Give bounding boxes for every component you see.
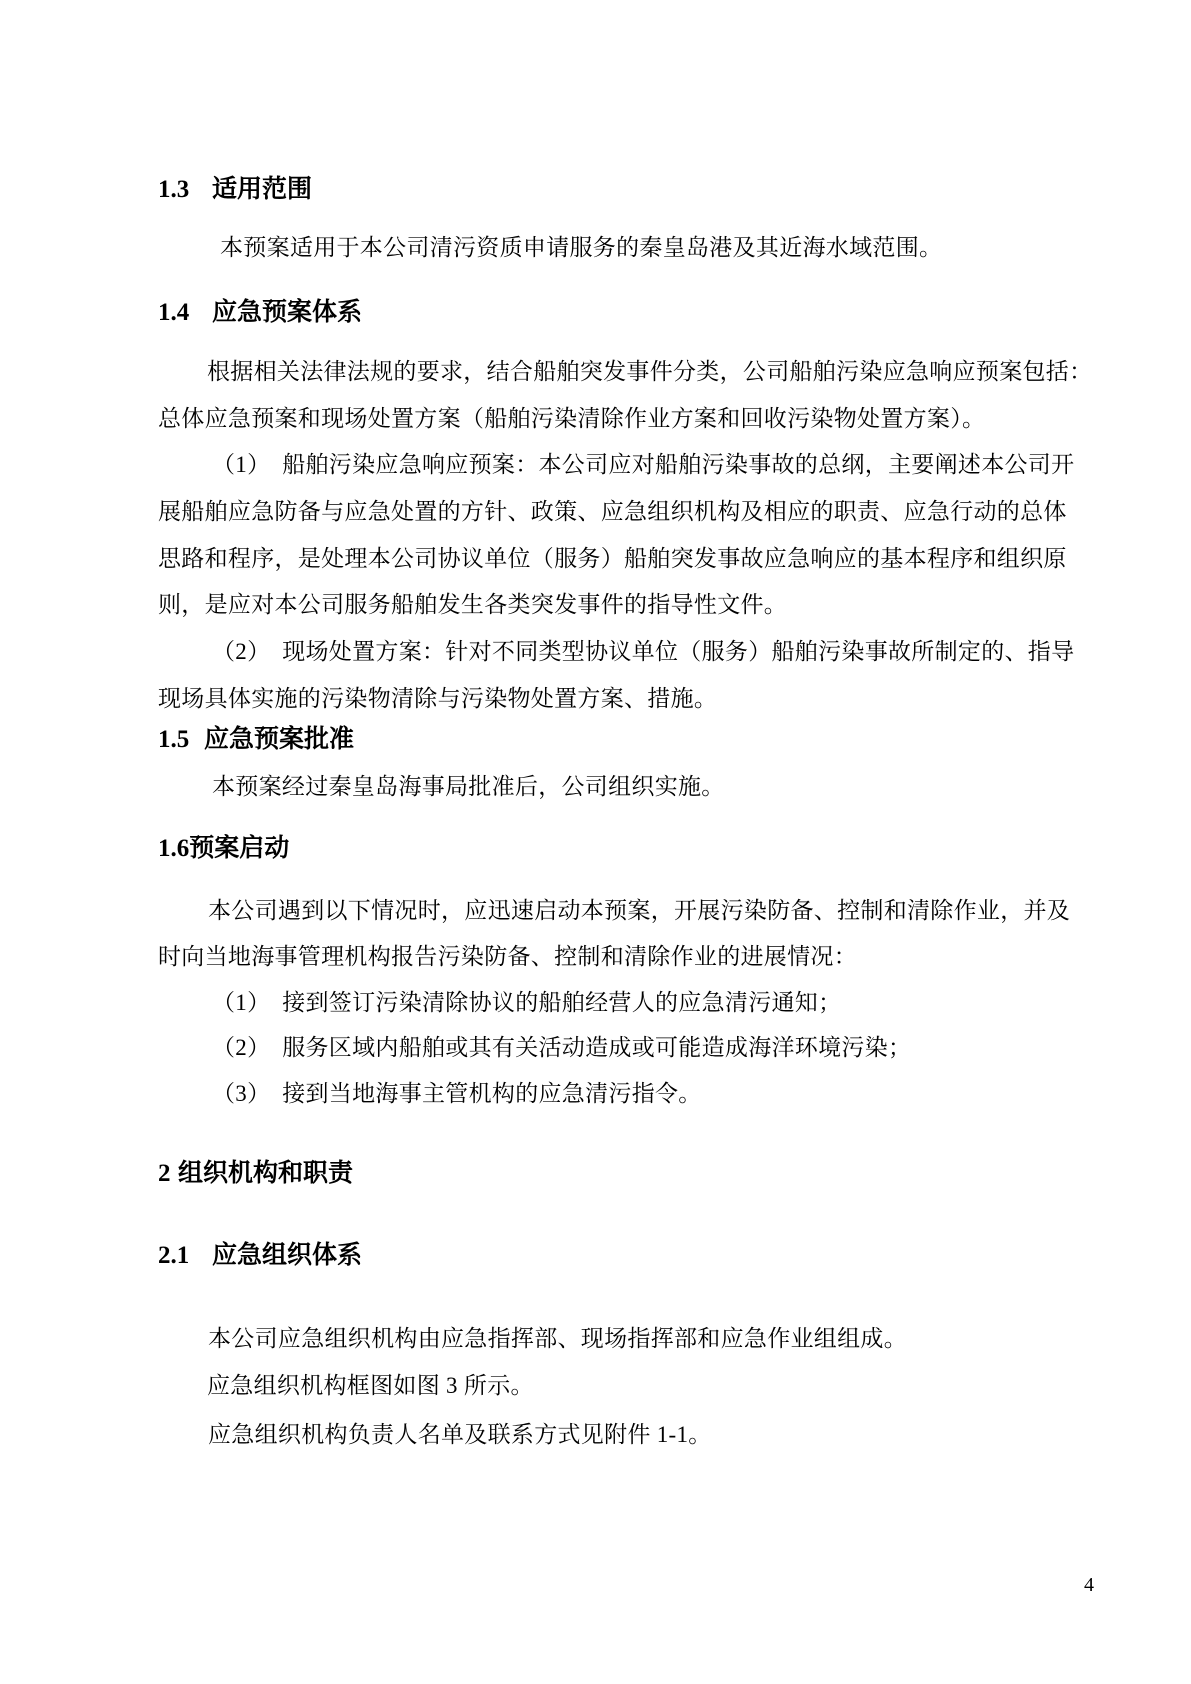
heading-2-title: 组织机构和职责 xyxy=(178,1159,353,1188)
paragraph-activation-line: 时向当地海事管理机构报告污染防备、控制和清除作业的进展情况： xyxy=(158,943,857,970)
document-page: 1.3 适用范围 本预案适用于本公司清污资质申请服务的秦皇岛港及其近海水域范围。… xyxy=(0,0,1191,1684)
heading-1-5-title: 应急预案批准 xyxy=(204,725,354,754)
heading-1-3: 1.3 适用范围 xyxy=(158,175,312,204)
heading-1-5: 1.5 应急预案批准 xyxy=(158,725,354,754)
heading-2-number: 2 xyxy=(158,1159,178,1188)
list-item-3: （3） 接到当地海事主管机构的应急清污指令。 xyxy=(212,1080,702,1107)
heading-1-3-number: 1.3 xyxy=(158,175,212,204)
paragraph-scope: 本预案适用于本公司清污资质申请服务的秦皇岛港及其近海水域范围。 xyxy=(220,234,942,261)
heading-1-4-title: 应急预案体系 xyxy=(212,298,362,327)
paragraph-system-line: 现场具体实施的污染物清除与污染物处置方案、措施。 xyxy=(158,685,717,712)
paragraph-org-line: 应急组织机构框图如图 3 所示。 xyxy=(207,1372,534,1399)
list-item-1: （1） 接到签订污染清除协议的船舶经营人的应急清污通知； xyxy=(212,989,841,1016)
heading-2: 2 组织机构和职责 xyxy=(158,1159,353,1188)
paragraph-system-line: （1） 船舶污染应急响应预案：本公司应对船舶污染事故的总纲，主要阐述本公司开 xyxy=(212,451,1074,478)
heading-2-1: 2.1 应急组织体系 xyxy=(158,1241,362,1270)
paragraph-system-line: （2） 现场处置方案：针对不同类型协议单位（服务）船舶污染事故所制定的、指导 xyxy=(212,638,1074,665)
heading-1-4-number: 1.4 xyxy=(158,298,212,327)
paragraph-org-line: 应急组织机构负责人名单及联系方式见附件 1-1。 xyxy=(208,1421,712,1448)
paragraph-org-line: 本公司应急组织机构由应急指挥部、现场指挥部和应急作业组组成。 xyxy=(208,1325,907,1352)
paragraph-approval: 本预案经过秦皇岛海事局批准后，公司组织实施。 xyxy=(212,773,725,800)
heading-1-6-title: 预案启动 xyxy=(189,834,289,863)
paragraph-activation-line: 本公司遇到以下情况时，应迅速启动本预案，开展污染防备、控制和清除作业，并及 xyxy=(208,897,1070,924)
paragraph-system-line: 思路和程序，是处理本公司协议单位（服务）船舶突发事故应急响应的基本程序和组织原 xyxy=(158,545,1067,572)
heading-2-1-number: 2.1 xyxy=(158,1241,212,1270)
heading-2-1-title: 应急组织体系 xyxy=(212,1241,362,1270)
heading-1-5-number: 1.5 xyxy=(158,725,204,754)
paragraph-system-line: 则，是应对本公司服务船舶发生各类突发事件的指导性文件。 xyxy=(158,591,787,618)
list-item-2: （2） 服务区域内船舶或其有关活动造成或可能造成海洋环境污染； xyxy=(212,1034,911,1061)
heading-1-3-title: 适用范围 xyxy=(212,175,312,204)
paragraph-system-line: 展船舶应急防备与应急处置的方针、政策、应急组织机构及相应的职责、应急行动的总体 xyxy=(158,498,1067,525)
paragraph-system-line: 总体应急预案和现场处置方案（船舶污染清除作业方案和回收污染物处置方案）。 xyxy=(158,405,985,432)
heading-1-4: 1.4 应急预案体系 xyxy=(158,298,362,327)
page-number: 4 xyxy=(1084,1573,1094,1597)
heading-1-6: 1.6 预案启动 xyxy=(158,834,289,863)
paragraph-system-line: 根据相关法律法规的要求，结合船舶突发事件分类，公司船舶污染应急响应预案包括： xyxy=(207,358,1092,385)
heading-1-6-number: 1.6 xyxy=(158,834,189,863)
